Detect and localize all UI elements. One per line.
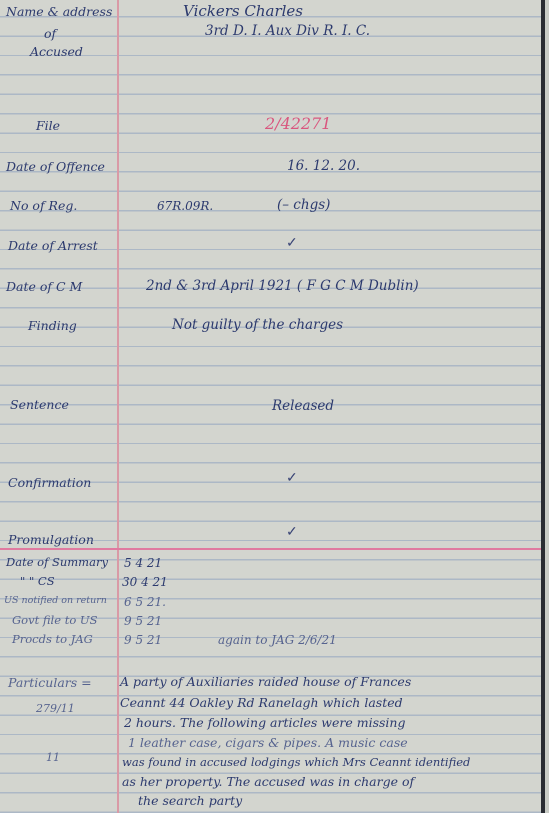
particulars-line: 2 hours. The following articles were mis… [124,717,405,730]
reg-number-label: No of Reg. [10,200,77,213]
margin-note-ref: 279/11 [36,703,75,714]
name-address-label-1: Name & address [6,6,112,19]
date-of-arrest-label: Date of Arrest [8,240,98,253]
date-of-cm-label: Date of C M [6,281,82,294]
sentence-value: Released [272,400,334,414]
govt-file-value: 9 5 21 [124,615,162,627]
proceedings-to-jag-label: Procds to JAG [12,634,93,646]
date-of-summary-label: Date of Summary [6,557,108,569]
date-of-cm-value: 2nd & 3rd April 1921 ( F G C M Dublin) [146,280,419,294]
confirmation-label: Confirmation [8,477,91,490]
us-notified-value: 6 5 21. [124,596,166,608]
particulars-line: Ceannt 44 Oakley Rd Ranelagh which laste… [120,697,403,710]
date-of-summary-value: 5 4 21 [124,557,162,569]
date-of-offence-label: Date of Offence [6,161,105,174]
promulgation-label: Promulgation [8,534,94,547]
promulgation-tick: ✓ [286,525,298,539]
proceedings-to-jag-value: 9 5 21 [124,634,162,646]
finding-label: Finding [28,320,77,333]
particulars-label: Particulars = [8,677,92,690]
name-address-label-3: Accused [30,46,83,59]
file-label: File [36,120,60,133]
register-page: Name & address of Accused Vickers Charle… [0,0,545,813]
name-address-label-2: of [44,28,56,41]
confirmation-tick: ✓ [286,471,298,485]
date-of-offence-value: 16. 12. 20. [287,160,360,174]
finding-value: Not guilty of the charges [172,319,343,333]
date-of-cs-label: " " CS [20,576,55,588]
govt-file-label: Govt file to US [12,615,97,627]
section-divider [0,548,545,550]
page-edge [541,0,545,813]
particulars-line: the search party [138,795,242,808]
us-notified-label: US notified on return [4,596,107,606]
particulars-line: A party of Auxiliaries raided house of F… [120,676,411,689]
accused-name: Vickers Charles [183,4,303,19]
charges-note: (– chgs) [277,199,330,213]
particulars-line: as her property. The accused was in char… [122,776,414,789]
particulars-line: 1 leather case, cigars & pipes. A music … [128,737,408,750]
margin-note-mark: 11 [46,752,60,763]
particulars-line: was found in accused lodgings which Mrs … [122,757,470,769]
sentence-label: Sentence [10,399,69,412]
again-to-jag-note: again to JAG 2/6/21 [218,634,337,646]
date-of-arrest-tick: ✓ [286,236,298,250]
reg-number-value: 67R.09R. [157,200,213,212]
margin-line [117,0,119,813]
date-of-cs-value: 30 4 21 [122,576,168,588]
file-number: 2/42271 [265,116,331,132]
accused-unit: 3rd D. I. Aux Div R. I. C. [205,25,370,39]
